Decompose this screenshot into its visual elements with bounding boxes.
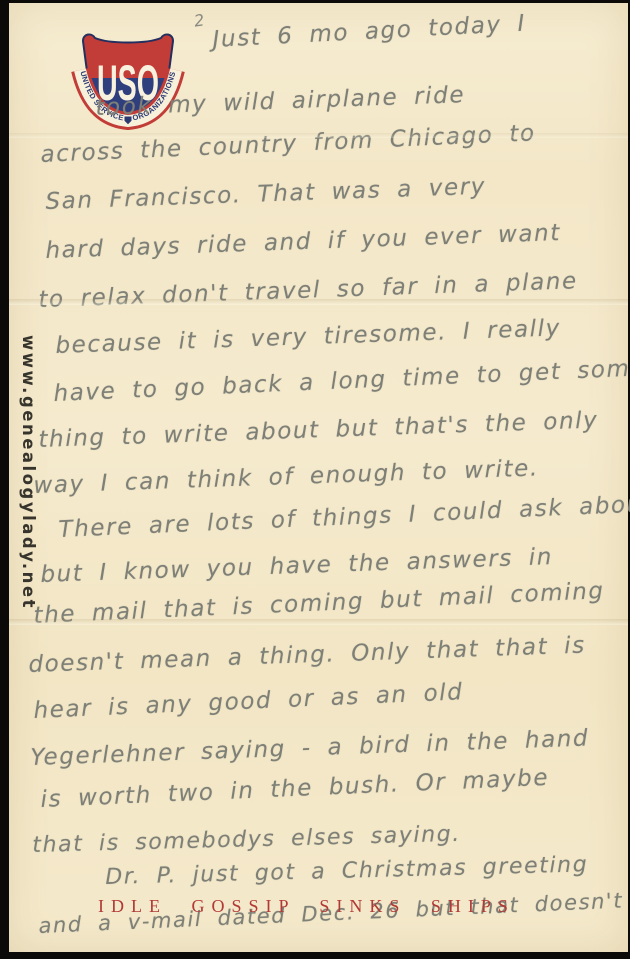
letter-line: way I can think of enough to write. [33,455,539,499]
letter-line: thing to write about but that's the only [38,407,599,453]
letter-line: but I know you have the answers in [40,544,553,588]
letter-line: because it is very tiresome. I really [55,315,561,359]
letter-line: to relax don't travel so far in a plane [38,268,578,313]
page-number: 2 [193,10,206,30]
letter-line: have to go back a long time to get some- [53,355,630,407]
letter-line: Just 6 mo ago today I [212,11,527,53]
letter-line: that is somebodys elses saying. [32,822,461,858]
letter-line: Dr. P. just got a Christmas greeting [105,852,589,890]
letter-page: USO UNITED SERVICE ORGANIZATIONS 2 www.g… [9,3,628,952]
letter-line: San Francisco. That was a very [45,174,486,215]
letter-line: hear is any good or as an old [33,679,464,724]
letter-line: Yegerlehner saying - a bird in the hand [30,725,590,770]
letter-line: There are lots of things I could ask abo… [58,491,630,543]
letter-line: doesn't mean a thing. Only that that is [28,633,586,678]
letter-line: hard days ride and if you ever want [45,220,561,264]
letter-line: is worth two in the bush. Or maybe [40,765,550,813]
stationery-slogan: IDLE GOSSIP SINKS SHIPS [9,896,604,917]
letter-line: the mail that is coming but mail coming [33,578,605,629]
